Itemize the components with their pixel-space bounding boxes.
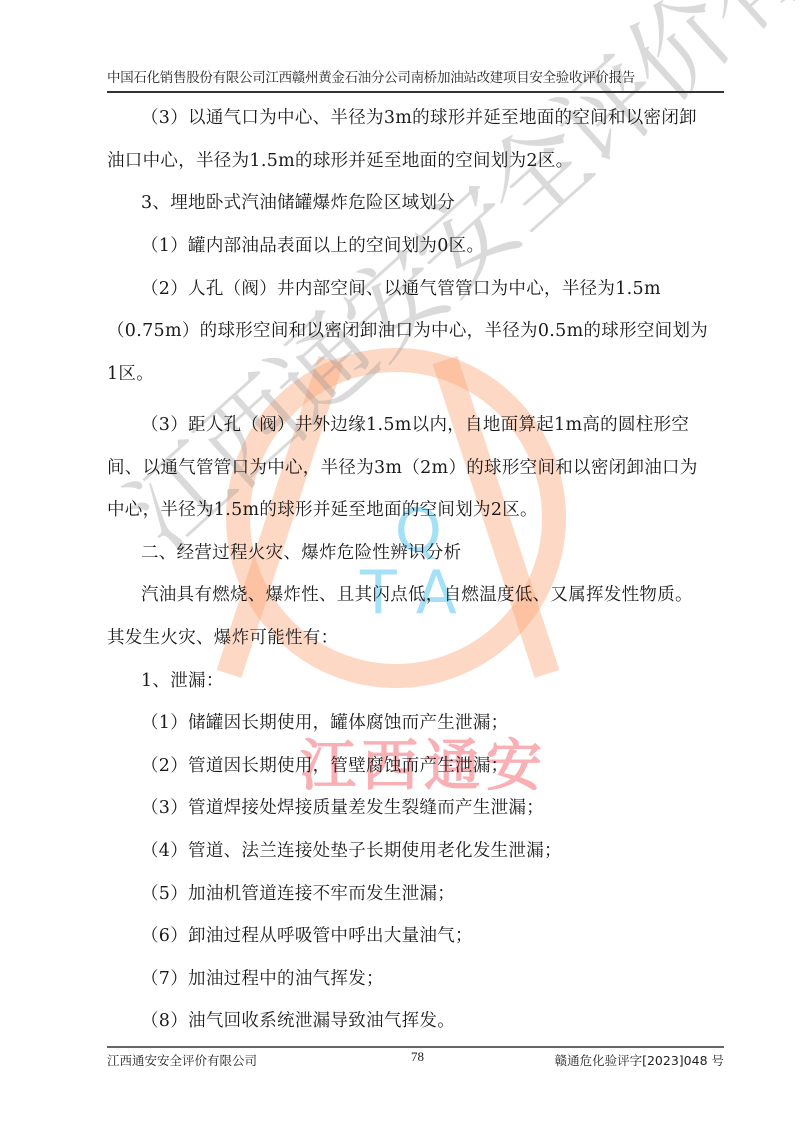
paragraph-line: （0.75m）的球形空间和以密闭卸油口为中心，半径为0.5m的球形空间划为 (107, 317, 708, 342)
footer-divider (107, 1046, 724, 1048)
paragraph-line: （2）人孔（阀）井内部空间、以通气管管口为中心，半径为1.5m (141, 275, 661, 300)
paragraph-line: 其发生火灾、爆炸可能性有： (107, 624, 338, 649)
list-item: （1）储罐因长期使用，罐体腐蚀而产生泄漏； (141, 709, 508, 734)
paragraph-line: 间、以通气管管口为中心，半径为3m（2m）的球形空间和以密闭卸油口为 (107, 454, 698, 479)
list-item: （5）加油机管道连接不牢而发生泄漏； (141, 880, 455, 905)
document-page: QT A 江西通安 江西通安安全评价有限公司 中国石化销售股份有限公司江西赣州黄… (0, 0, 800, 1131)
paragraph-line: 汽油具有燃烧、爆炸性、且其闪点低，自燃温度低、又属挥发性物质。 (141, 581, 693, 606)
list-item: （3）管道焊接处焊接质量差发生裂缝而产生泄漏； (141, 794, 544, 819)
paragraph-line: （1）罐内部油品表面以上的空间划为0区。 (141, 232, 484, 257)
page-number: 78 (411, 1049, 424, 1065)
section-heading: 二、经营过程火灾、爆炸危险性辨识分析 (141, 539, 461, 564)
list-item: （6）卸油过程从呼吸管中呼出大量油气； (141, 922, 473, 947)
paragraph-line: （3）以通气口为中心、半径为3m的球形并延至地面的空间和以密闭卸 (141, 104, 697, 129)
list-item: （4）管道、法兰连接处垫子长期使用老化发生泄漏； (141, 837, 562, 862)
list-item: （2）管道因长期使用，管壁腐蚀而产生泄漏； (141, 752, 508, 777)
list-item: （7）加油过程中的油气挥发； (141, 965, 384, 990)
paragraph-line: 中心，半径为1.5m的球形并延至地面的空间划为2区。 (107, 496, 538, 521)
section-heading: 3、埋地卧式汽油储罐爆炸危险区域划分 (141, 189, 455, 214)
header-divider (107, 91, 724, 93)
paragraph-line: 油口中心，半径为1.5m的球形并延至地面的空间划为2区。 (107, 147, 573, 172)
list-item: （8）油气回收系统泄漏导致油气挥发。 (141, 1007, 455, 1032)
running-header-title: 中国石化销售股份有限公司江西赣州黄金石油分公司南桥加油站改建项目安全验收评价报告 (107, 66, 724, 86)
paragraph-line: 1区。 (107, 360, 154, 385)
subsection-heading: 1、泄漏： (141, 667, 224, 692)
footer-document-number: 赣通危化验评字[2023]048 号 (555, 1051, 724, 1069)
footer-company: 江西通安安全评价有限公司 (107, 1051, 257, 1069)
paragraph-line: （3）距人孔（阀）井外边缘1.5m以内，自地面算起1m高的圆柱形空 (141, 411, 689, 436)
